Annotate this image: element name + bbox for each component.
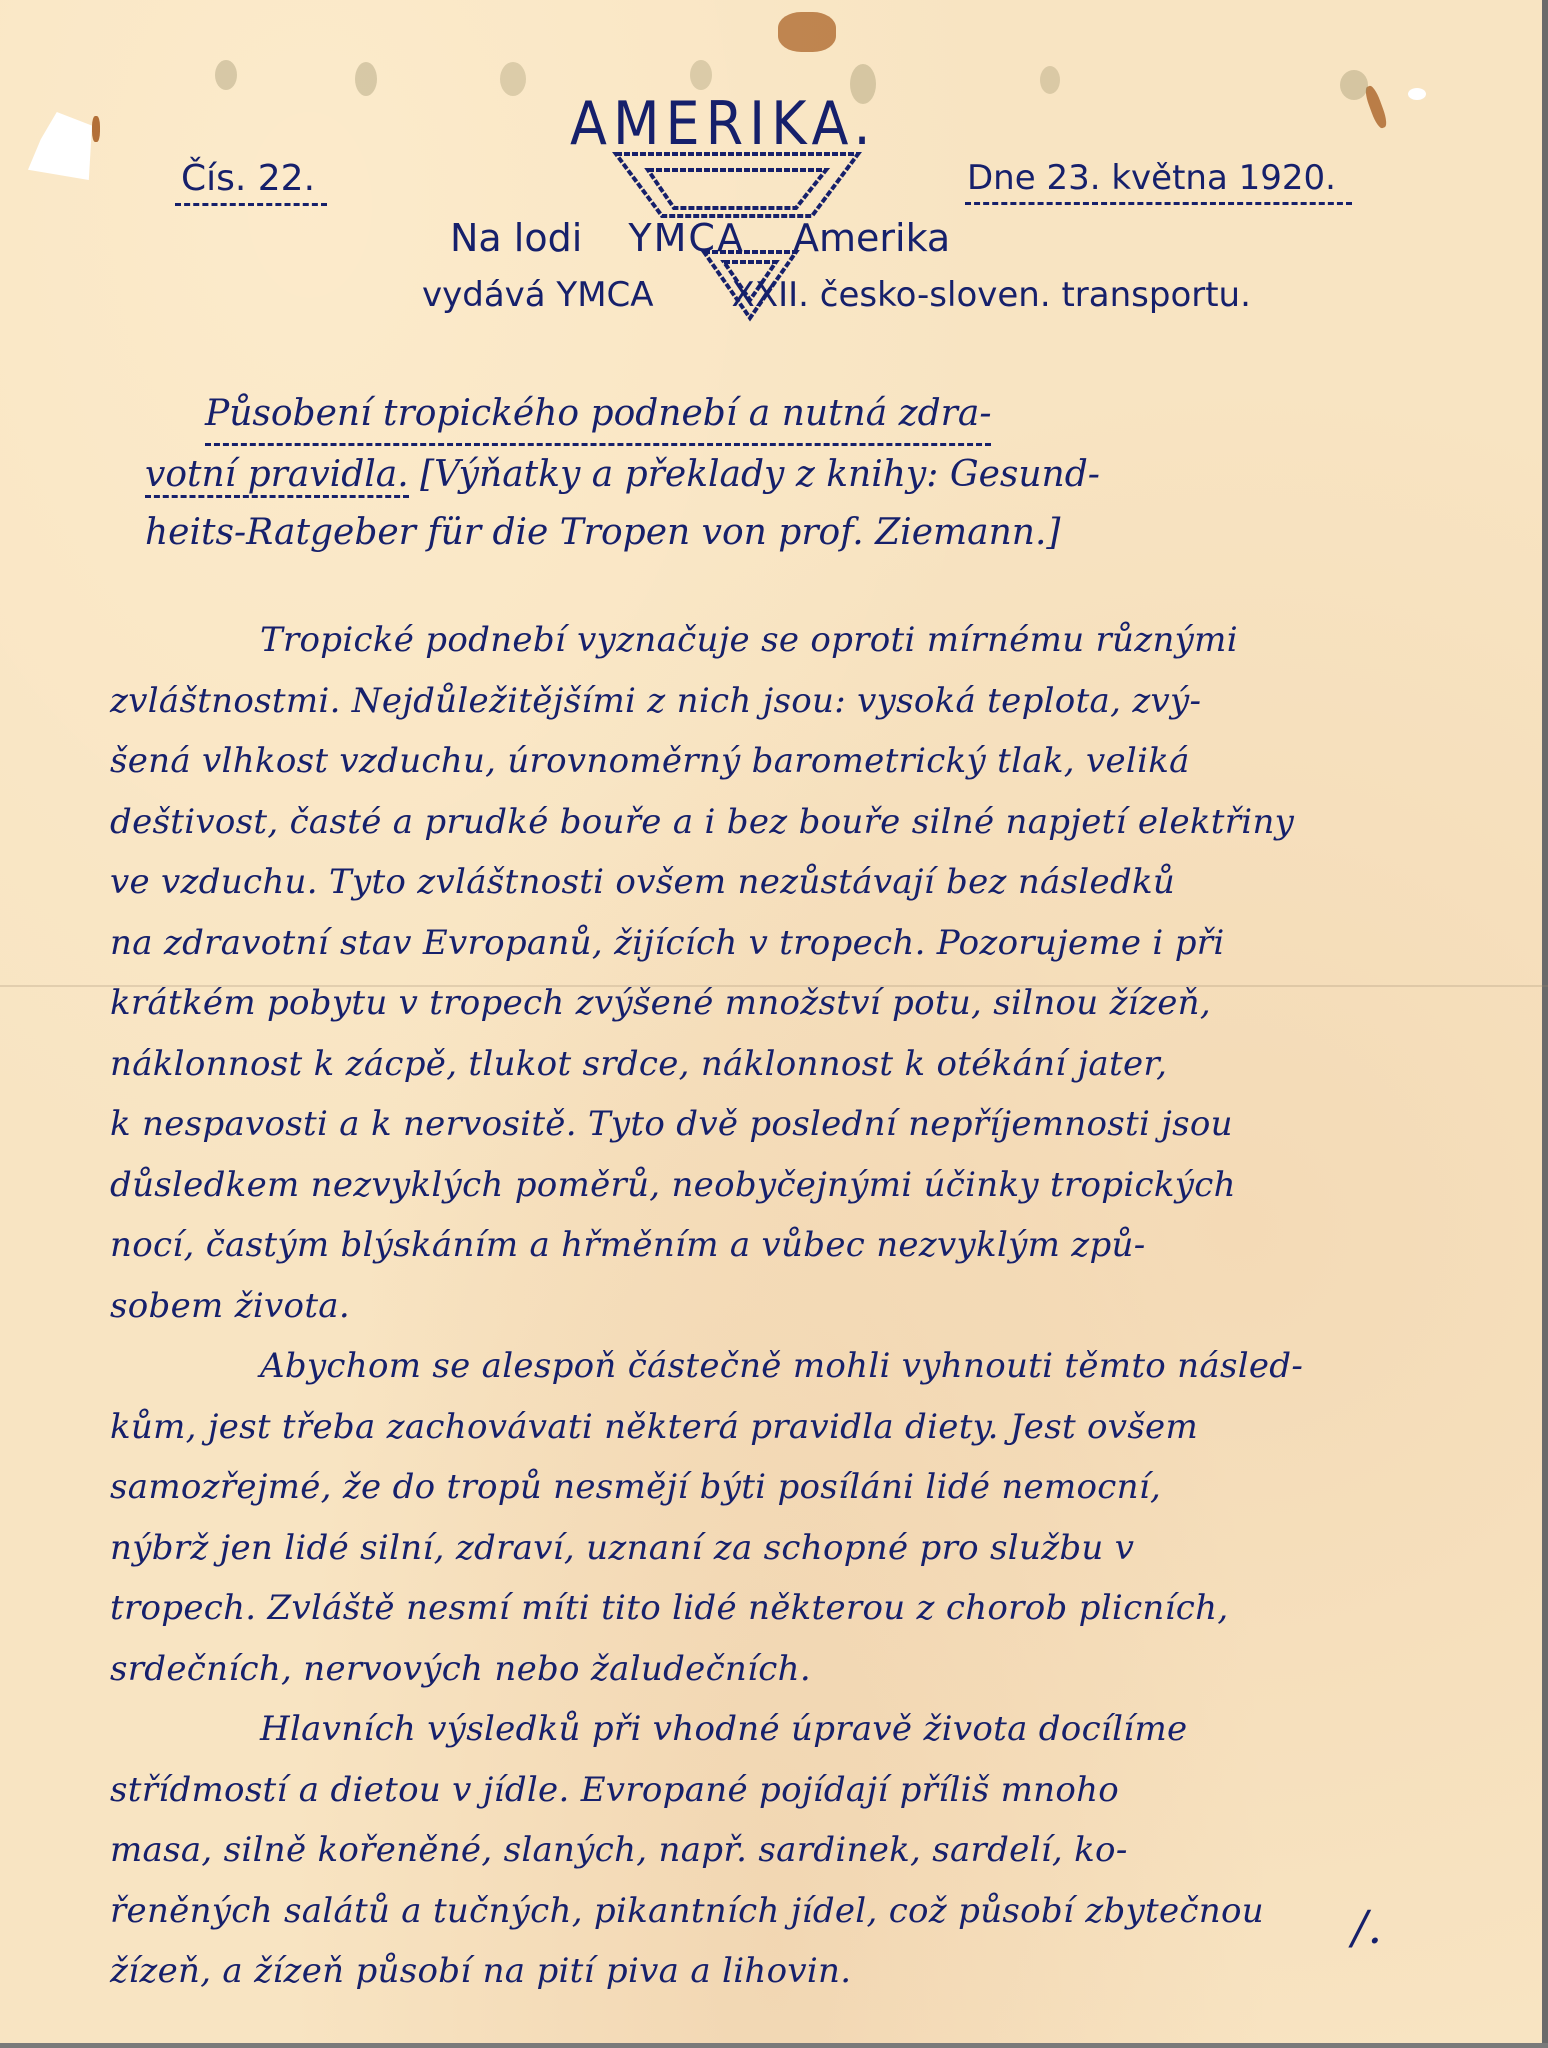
issue-number: Čís. 22.: [175, 158, 327, 206]
scan-edge-bottom: [0, 2043, 1548, 2048]
issue-date: Dne 23. května 1920.: [965, 158, 1352, 205]
ship-name: Amerika: [793, 216, 950, 260]
text-line: krátkém pobytu v tropech zvýšené množstv…: [110, 973, 1440, 1034]
text-line: řeněných salátů a tučných, pikantních jí…: [110, 1881, 1440, 1942]
text-line: sobem života.: [110, 1276, 1440, 1337]
text-line: střídmostí a dietou v jídle. Evropané po…: [110, 1760, 1440, 1821]
text-line: tropech. Zvláště nesmí míti tito lidé ně…: [110, 1578, 1440, 1639]
text-line: masa, silně kořeněné, slaných, např. sar…: [110, 1820, 1440, 1881]
text-line: nocí, častým blýskáním a hřměním a vůbec…: [110, 1215, 1440, 1276]
text-line: Abychom se alespoň částečně mohli vyhnou…: [110, 1336, 1440, 1397]
text-line: Tropické podnebí vyznačuje se oproti mír…: [110, 610, 1440, 671]
ymca-triangle-icon: [612, 150, 862, 220]
text-line: kům, jest třeba zachovávati některá prav…: [110, 1397, 1440, 1458]
document-page: AMERIKA. Čís. 22. Dne 23. května 1920. N…: [0, 0, 1548, 2048]
text-line: na zdravotní stav Evropanů, žijících v t…: [110, 913, 1440, 974]
article-body: Tropické podnebí vyznačuje se oproti mír…: [110, 610, 1440, 2002]
heading-line-1: Působení tropického podnebí a nutná zdra…: [205, 385, 991, 446]
text-line: žízeň, a žízeň působí na pití piva a lih…: [110, 1941, 1440, 2002]
text-line: šená vlhkost vzduchu, úrovnoměrný barome…: [110, 731, 1440, 792]
heading-line-3: heits-Ratgeber für die Tropen von prof. …: [145, 504, 1060, 562]
paragraph-1: Tropické podnebí vyznačuje se oproti mír…: [110, 610, 1440, 1336]
continuation-mark: /.: [1352, 1900, 1382, 1954]
publisher-line: vydává YMCAXXII. česko-sloven. transport…: [422, 275, 1251, 315]
paragraph-2: Abychom se alespoň částečně mohli vyhnou…: [110, 1336, 1440, 1699]
ship-prefix: Na lodi: [450, 216, 582, 260]
paragraph-3: Hlavních výsledků při vhodné úpravě živo…: [110, 1699, 1440, 2002]
heading-line-2-underlined: votní pravidla.: [145, 454, 409, 498]
text-line: důsledkem nezvyklých poměrů, neobyčejným…: [110, 1155, 1440, 1216]
text-line: náklonnost k zácpě, tlukot srdce, náklon…: [110, 1034, 1440, 1095]
heading-line-2-rest: [Výňatky a překlady z knihy: Gesund-: [409, 454, 1100, 495]
publisher-prefix: vydává YMCA: [422, 275, 654, 315]
text-line: deštivost, časté a prudké bouře a i bez …: [110, 792, 1440, 853]
text-line: srdečních, nervových nebo žaludečních.: [110, 1639, 1440, 1700]
text-line: samozřejmé, že do tropů nesmějí býti pos…: [110, 1457, 1440, 1518]
masthead: AMERIKA. Čís. 22. Dne 23. května 1920. N…: [0, 0, 1548, 320]
article-heading: Působení tropického podnebí a nutná zdra…: [205, 385, 1405, 562]
text-line: k nespavosti a k nervositě. Tyto dvě pos…: [110, 1094, 1440, 1155]
text-line: ve vzduchu. Tyto zvláštnosti ovšem nezůs…: [110, 852, 1440, 913]
publisher-suffix: XXII. česko-sloven. transportu.: [732, 275, 1251, 315]
text-line: Hlavních výsledků při vhodné úpravě živo…: [110, 1699, 1440, 1760]
text-line: zvláštnostmi. Nejdůležitějšími z nich js…: [110, 671, 1440, 732]
newspaper-title: AMERIKA.: [570, 89, 877, 158]
text-line: nýbrž jen lidé silní, zdraví, uznaní za …: [110, 1518, 1440, 1579]
